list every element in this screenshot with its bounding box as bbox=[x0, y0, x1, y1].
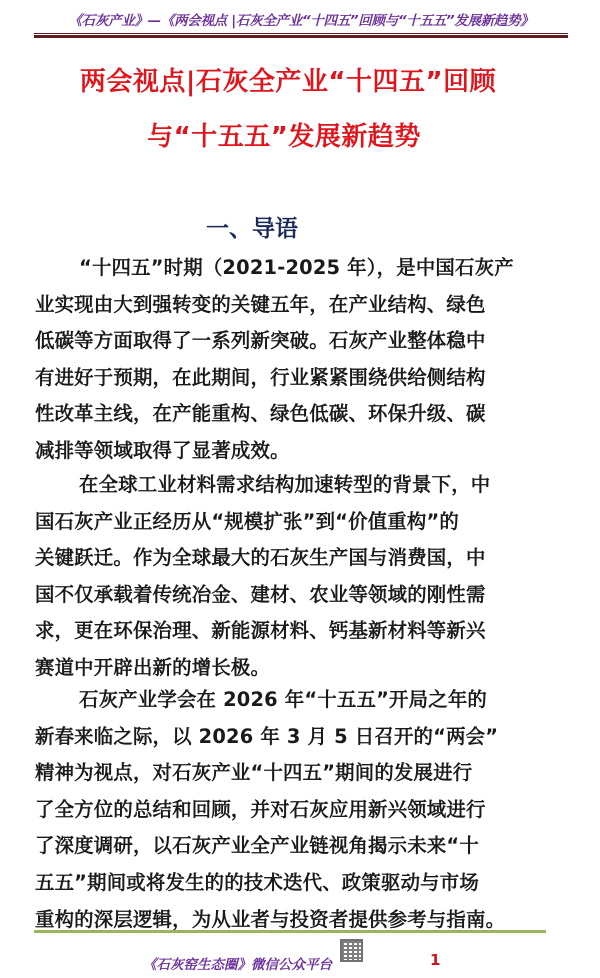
paragraph-line: 求，更在环保治理、新能源材料、钙基新材料等新兴 bbox=[35, 613, 575, 650]
paragraph-2: 在全球工业材料需求结构加速转型的背景下，中 国石灰产业正经历从“规模扩张”到“价… bbox=[35, 467, 575, 687]
paragraph-line: 关键跃迁。作为全球最大的石灰生产国与消费国，中 bbox=[35, 540, 575, 577]
paragraph-1: “十四五”时期（2021-2025 年），是中国石灰产 业实现由大到强转变的关键… bbox=[35, 250, 575, 470]
paragraph-line: 低碳等方面取得了一系列新突破。石灰产业整体稳中 bbox=[35, 323, 575, 360]
footer-rule bbox=[34, 930, 546, 933]
paragraph-line: 减排等领域取得了显著成效。 bbox=[35, 433, 575, 470]
paragraph-line: 国石灰产业正经历从“规模扩张”到“价值重构”的 bbox=[35, 504, 575, 541]
paragraph-line: 性改革主线，在产能重构、绿色低碳、环保升级、碳 bbox=[35, 396, 575, 433]
paragraph-3: 石灰产业学会在 2026 年“十五五”开局之年的 新春来临之际，以 2026 年… bbox=[35, 682, 575, 938]
paragraph-line: 五五”期间或将发生的的技术迭代、政策驱动与市场 bbox=[35, 865, 575, 902]
paragraph-line: 了全方位的总结和回顾，并对石灰应用新兴领域进行 bbox=[35, 792, 575, 829]
header-rule-thin bbox=[34, 33, 568, 34]
paragraph-line: 精神为视点，对石灰产业“十四五”期间的发展进行 bbox=[35, 755, 575, 792]
paragraph-line: 了深度调研，以石灰产业全产业链视角揭示未来“十 bbox=[35, 828, 575, 865]
paragraph-line: 新春来临之际，以 2026 年 3 月 5 日召开的“两会” bbox=[35, 719, 575, 756]
document-title-line-1: 两会视点|石灰全产业“十四五”回顾 bbox=[0, 61, 588, 98]
paragraph-line: 国不仅承载着传统冶金、建材、农业等领域的刚性需 bbox=[35, 577, 575, 614]
paragraph-line: 在全球工业材料需求结构加速转型的背景下，中 bbox=[35, 467, 575, 504]
paragraph-line: 业实现由大到强转变的关键五年，在产业结构、绿色 bbox=[35, 287, 575, 324]
paragraph-line: 有进好于预期，在此期间，行业紧紧围绕供给侧结构 bbox=[35, 360, 575, 397]
running-header: 《石灰产业》—《两会视点 |石灰全产业“十四五”回顾与“十五五”发展新趋势》 bbox=[34, 9, 568, 29]
document-title-line-2: 与“十五五”发展新趋势 bbox=[0, 116, 584, 153]
header-rule-thick bbox=[34, 35, 568, 38]
section-heading: 一、导语 bbox=[206, 210, 298, 243]
footer-text: 《石灰窑生态圈》微信公众平台 bbox=[143, 953, 332, 973]
paragraph-line: “十四五”时期（2021-2025 年），是中国石灰产 bbox=[35, 250, 575, 287]
page-number: 1 bbox=[430, 951, 440, 969]
paragraph-line: 石灰产业学会在 2026 年“十五五”开局之年的 bbox=[35, 682, 575, 719]
qr-code-icon bbox=[340, 939, 363, 962]
